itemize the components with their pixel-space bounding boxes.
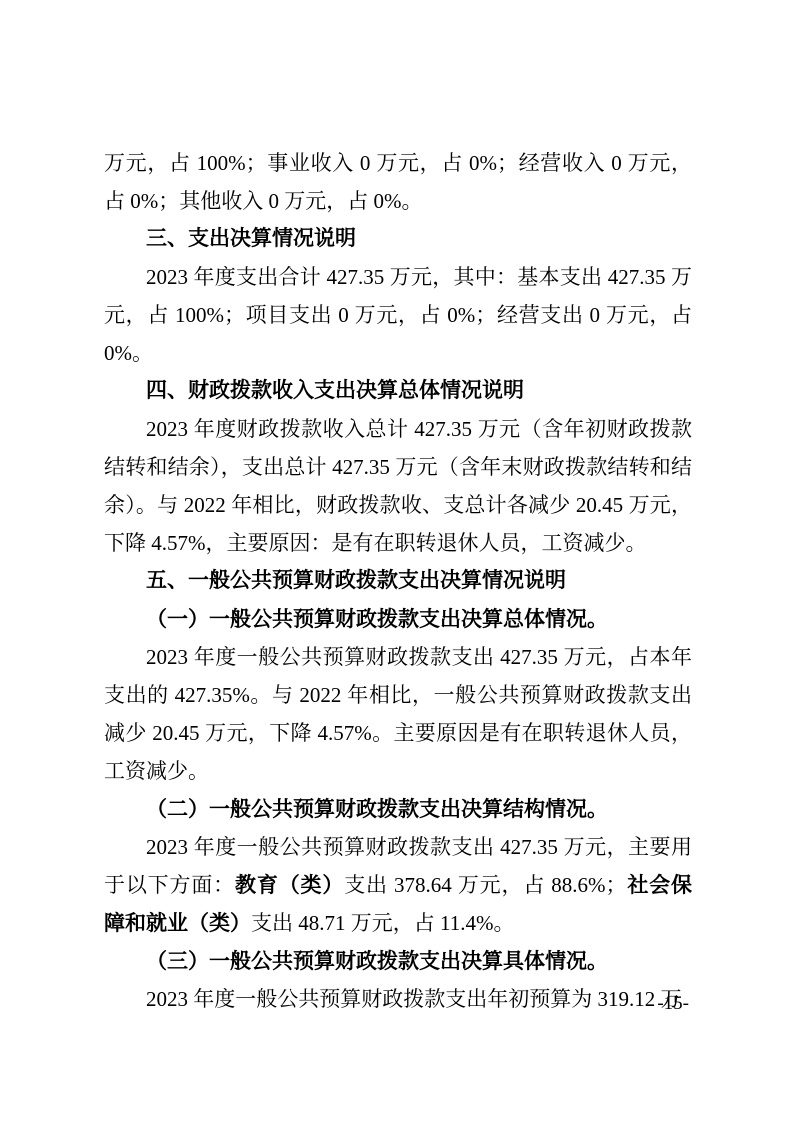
social-security-amount-text: 支出 48.71 万元，占 11.4%。 — [251, 911, 514, 935]
document-page: 万元，占 100%；事业收入 0 万元，占 0%；经营收入 0 万元，占 0%；… — [0, 0, 793, 1122]
paragraph-general-budget-structure: 2023 年度一般公共预算财政拨款支出 427.35 万元，主要用于以下方面：教… — [104, 828, 692, 942]
heading-subsection-5-1-overall: （一）一般公共预算财政拨款支出决算总体情况。 — [104, 600, 692, 638]
heading-section-4-fiscal-appropriation: 四、财政拨款收入支出决算总体情况说明 — [104, 372, 692, 410]
paragraph-fiscal-appropriation-total: 2023 年度财政拨款收入总计 427.35 万元（含年初财政拨款结转和结余），… — [104, 410, 692, 562]
page-content: 万元，占 100%；事业收入 0 万元，占 0%；经营收入 0 万元，占 0%；… — [104, 144, 692, 1018]
paragraph-general-budget-overall: 2023 年度一般公共预算财政拨款支出 427.35 万元，占本年支出的 427… — [104, 638, 692, 790]
paragraph-income-continuation: 万元，占 100%；事业收入 0 万元，占 0%；经营收入 0 万元，占 0%；… — [104, 144, 692, 220]
heading-section-5-general-public-budget: 五、一般公共预算财政拨款支出决算情况说明 — [104, 562, 692, 600]
heading-subsection-5-2-structure: （二）一般公共预算财政拨款支出决算结构情况。 — [104, 790, 692, 828]
paragraph-general-budget-specific: 2023 年度一般公共预算财政拨款支出年初预算为 319.12 万 — [104, 980, 692, 1018]
paragraph-expenditure-total: 2023 年度支出合计 427.35 万元，其中：基本支出 427.35 万元，… — [104, 258, 692, 372]
education-category-label: 教育（类） — [235, 873, 344, 897]
heading-subsection-5-3-specific: （三）一般公共预算财政拨款支出决算具体情况。 — [104, 942, 692, 980]
page-number: -15- — [657, 994, 689, 1014]
education-amount-text: 支出 378.64 万元，占 88.6%； — [344, 873, 626, 897]
heading-section-3-expenditure: 三、支出决算情况说明 — [104, 220, 692, 258]
